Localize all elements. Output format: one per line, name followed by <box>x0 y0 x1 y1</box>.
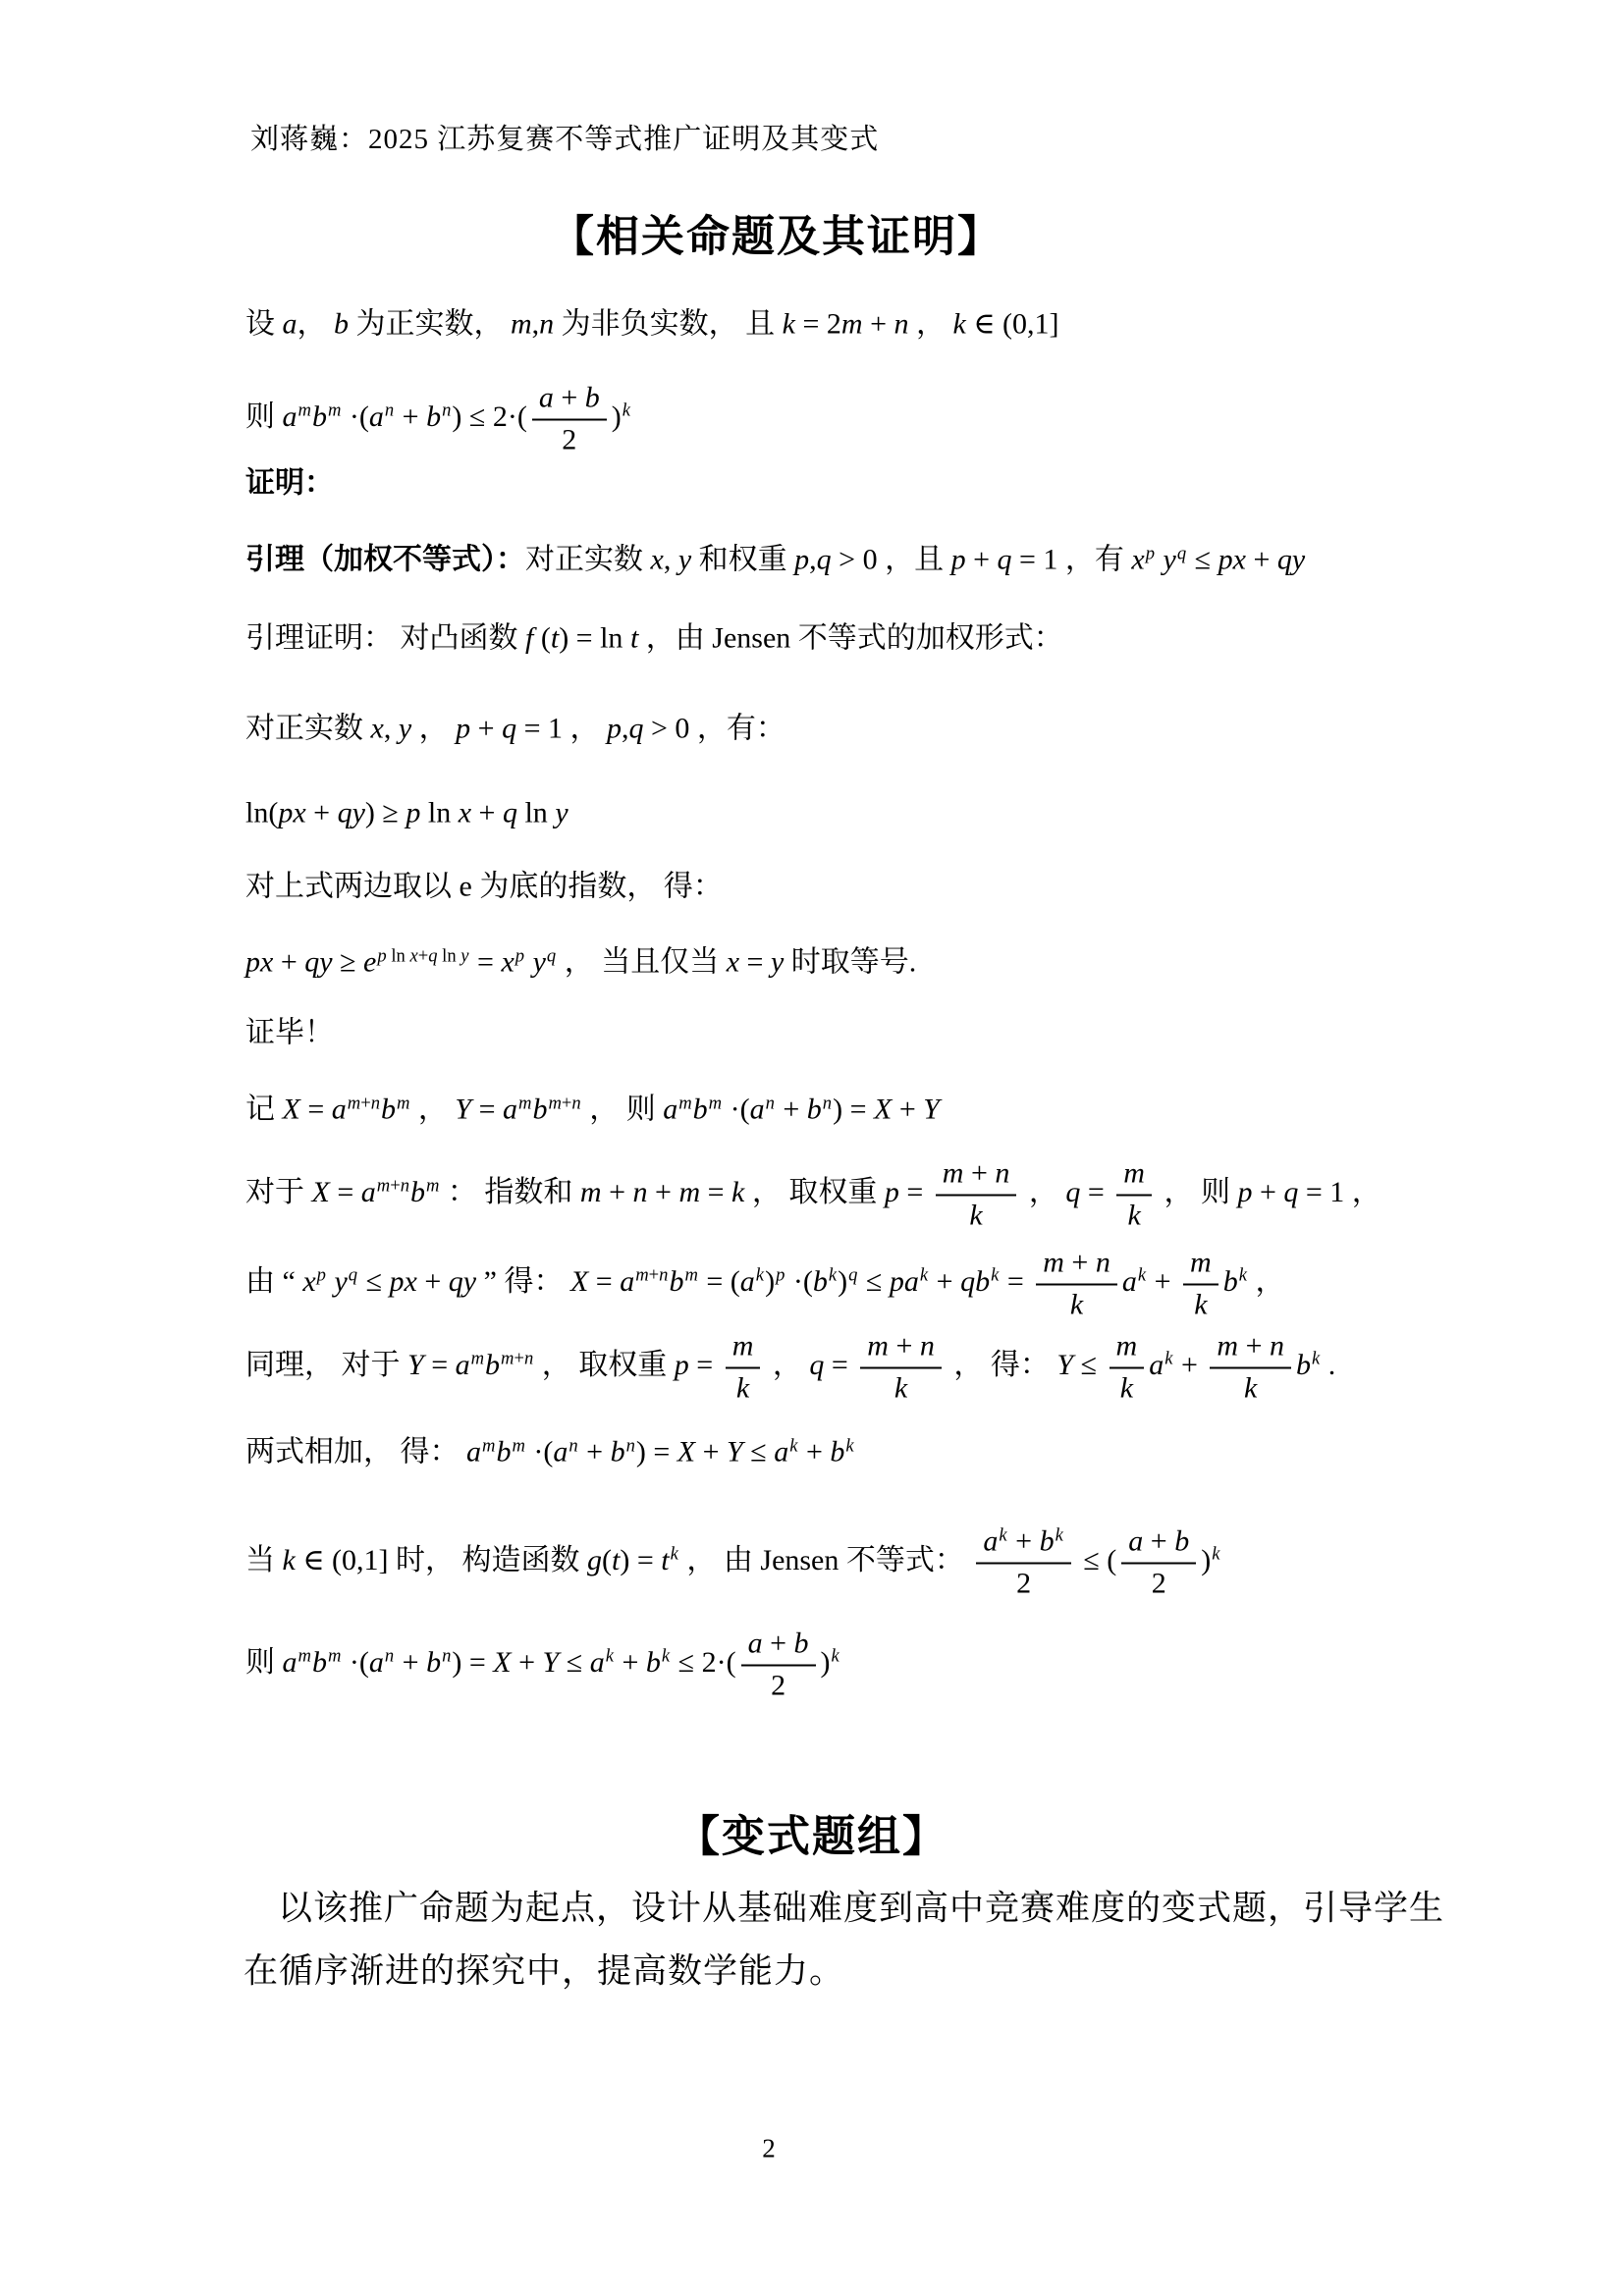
sum-inequality-line: 两式相加， 得： ambm ·(an + bn) = X + Y ≤ ak + … <box>245 1433 855 1471</box>
proof-label: 证明： <box>245 464 334 503</box>
variations-paragraph-line-1: 以该推广命题为起点，设计从基础难度到高中竞赛难度的变式题，引导学生 <box>278 1886 1444 1931</box>
weights-x-line: 对于 X = am+nbm ： 指数和 m + n + m = k ， 取权重 … <box>245 1157 1381 1233</box>
document-page: 刘蒋巍：2025 江苏复赛不等式推广证明及其变式 【相关命题及其证明】 设 a，… <box>0 0 1624 2296</box>
bound-x-formula: 由 “ xp yq ≤ px + qy ” 得： X = am+nbm = (a… <box>245 1247 1284 1322</box>
jensen-construction-line: 当 k ∈ (0,1] 时， 构造函数 g(t) = tk ， 由 Jensen… <box>245 1525 1220 1601</box>
log-inequality-formula: ln(px + qy) ≥ p ln x + q ln y <box>245 794 568 832</box>
section-variations-title: 【变式题组】 <box>0 1808 1624 1864</box>
proposition-inequality-formula: 则 ambm ·(an + bn) ≤ 2·(a + b2)k <box>245 382 631 457</box>
document-header: 刘蒋巍：2025 江苏复赛不等式推广证明及其变式 <box>250 122 879 159</box>
definition-xy-line: 记 X = am+nbm ， Y = ambm+n ， 则 ambm ·(an … <box>245 1091 940 1129</box>
variations-paragraph-line-2: 在循序渐进的探究中，提高数学能力。 <box>244 1949 844 1994</box>
proposition-setup-line: 设 a， b 为正实数， m,n 为非负实数， 且 k = 2m + n ， k… <box>245 305 1059 344</box>
qed-line: 证毕！ <box>245 1014 334 1052</box>
exponential-inequality-formula: px + qy ≥ ep ln x+q ln y = xp yq ， 当且仅当 … <box>245 943 916 982</box>
page-number: 2 <box>0 2131 1538 2165</box>
bound-y-formula: 同理， 对于 Y = ambm+n ， 取权重 p = mk ， q = m +… <box>245 1330 1335 1406</box>
final-inequality-formula: 则 ambm ·(an + bn) = X + Y ≤ ak + bk ≤ 2·… <box>245 1628 840 1703</box>
lemma-statement-line: 引理（加权不等式）：对正实数 x, y 和权重 p,q > 0 ，且 p + q… <box>245 541 1305 579</box>
section-proposition-title: 【相关命题及其证明】 <box>0 208 1589 264</box>
exponentiate-note-line: 对上式两边取以 e 为底的指数， 得： <box>245 868 723 906</box>
lemma-proof-intro-line: 引理证明： 对凸函数 f (t) = ln t ，由 Jensen 不等式的加权… <box>245 619 1063 658</box>
lemma-conditions-line: 对正实数 x, y ， p + q = 1 ， p,q > 0 ，有： <box>245 710 785 748</box>
